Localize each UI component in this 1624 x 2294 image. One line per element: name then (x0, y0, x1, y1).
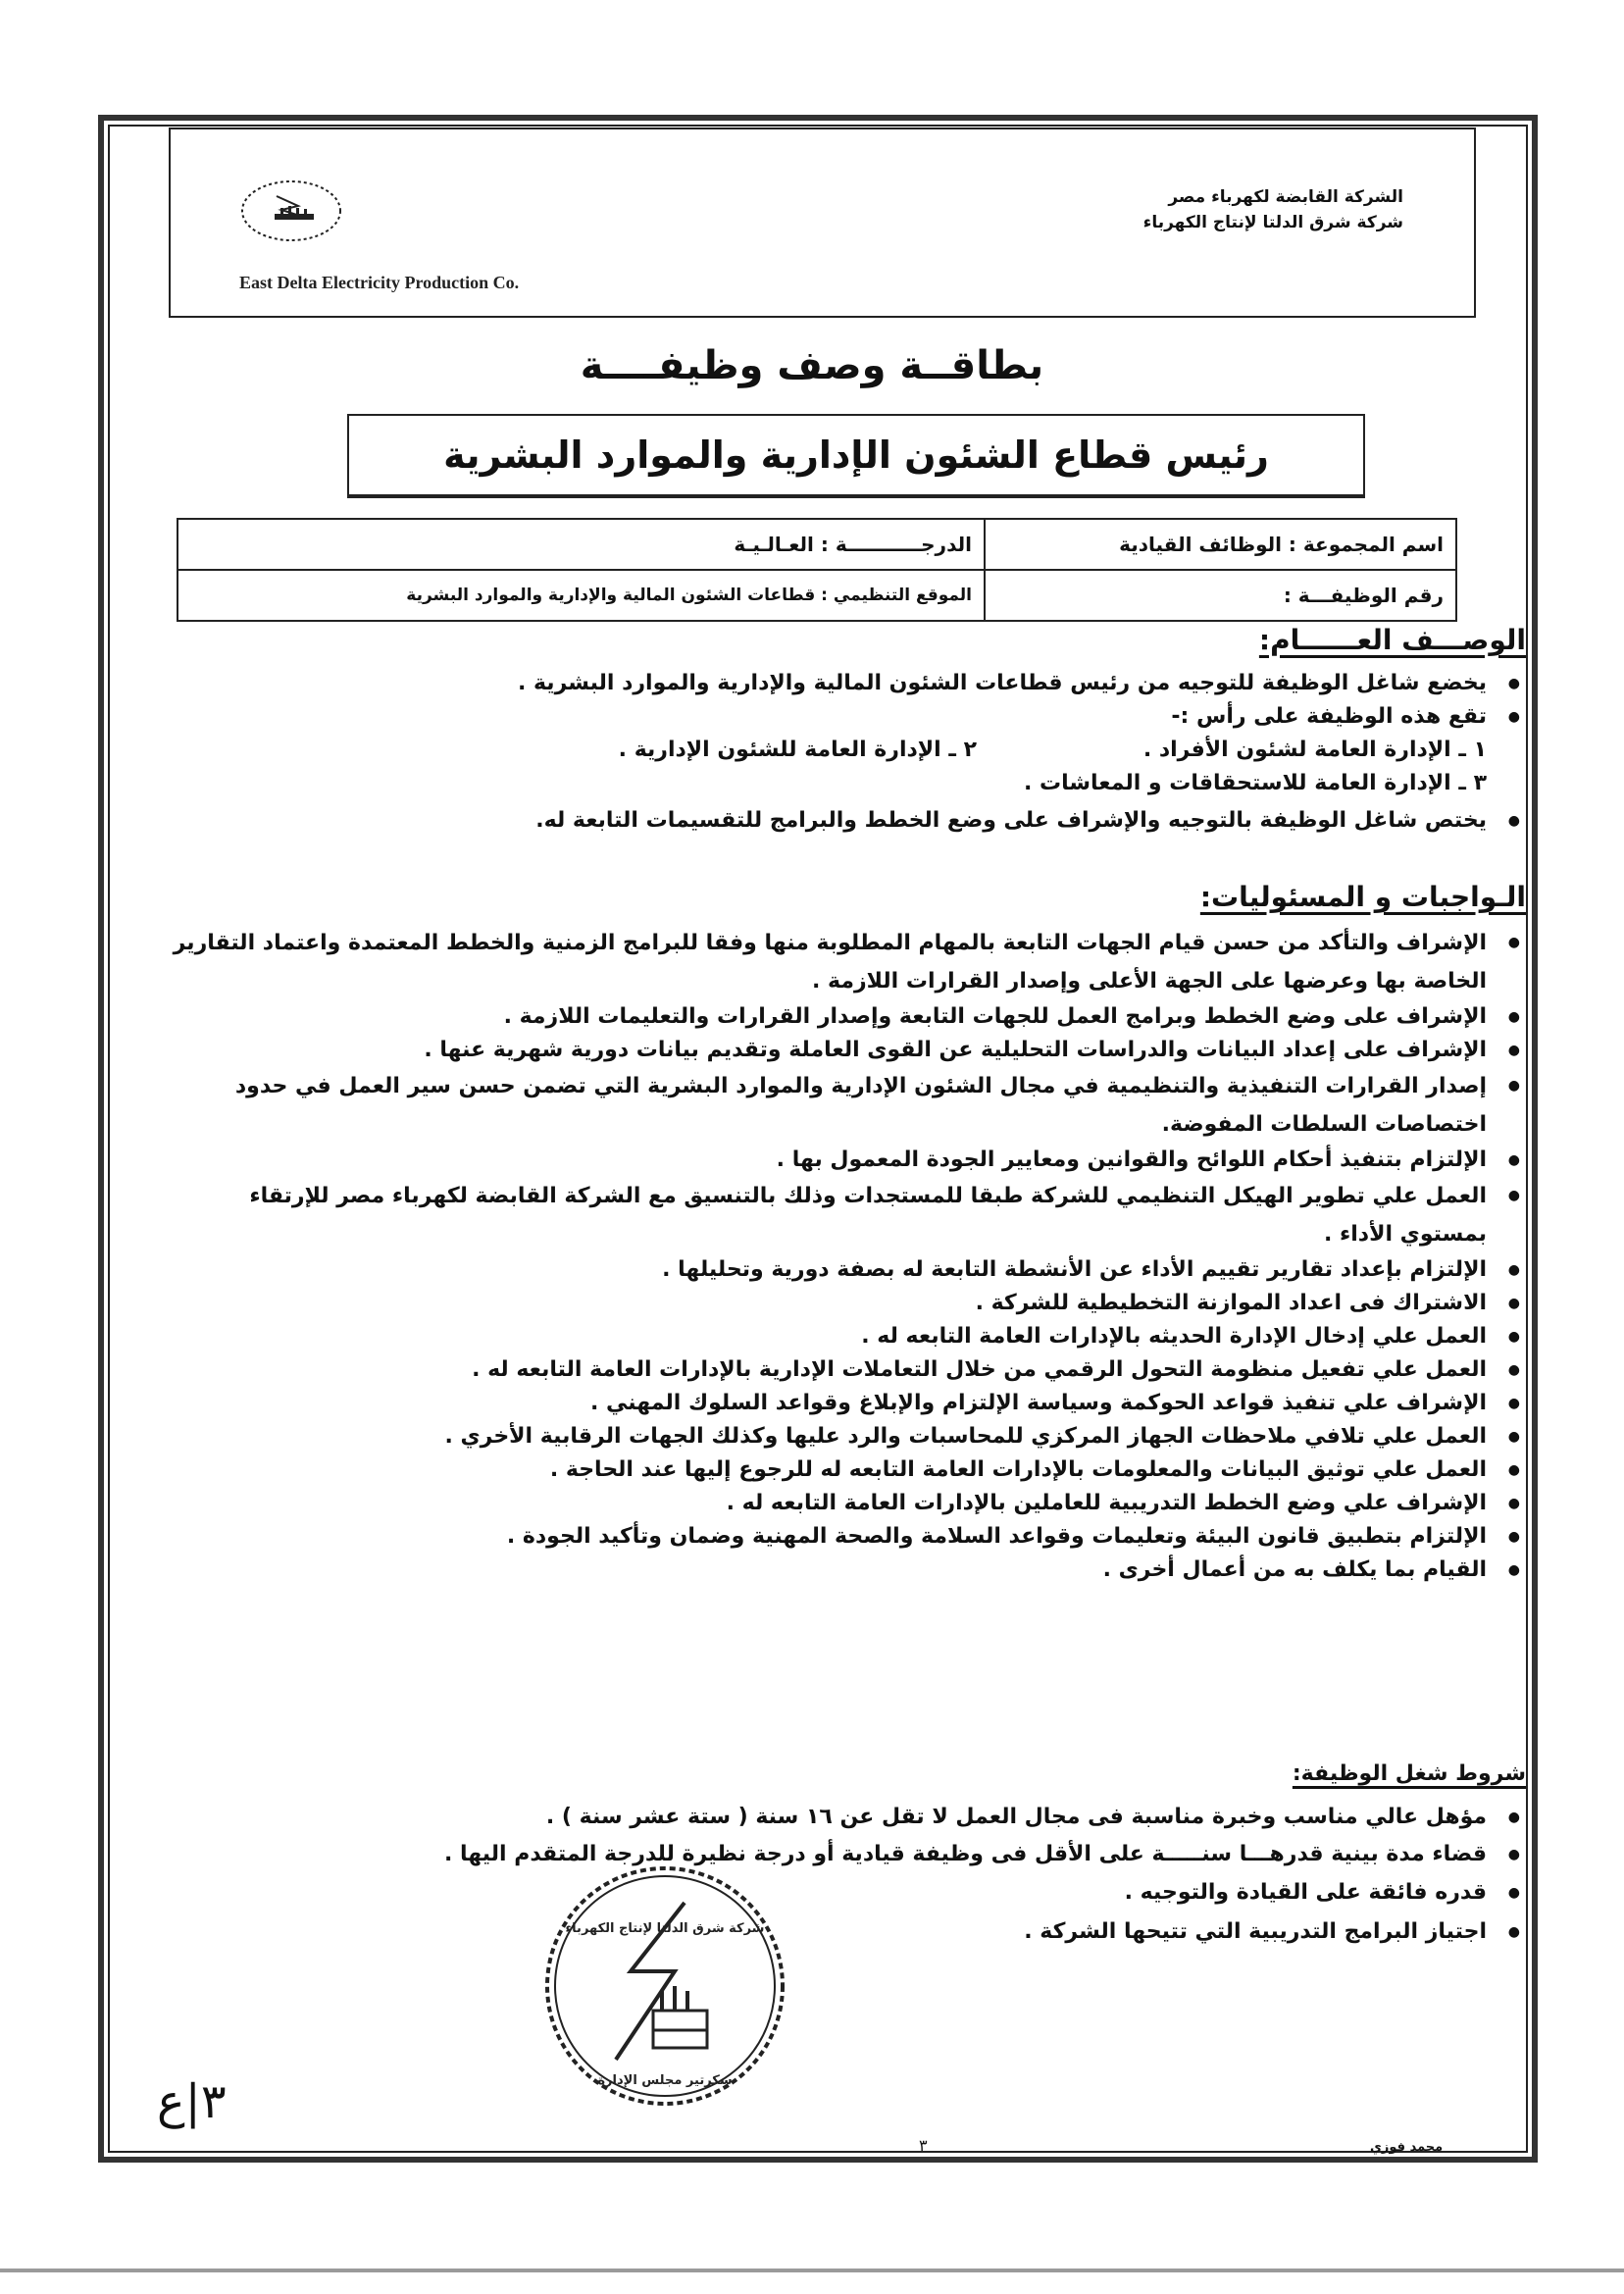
list-item: مؤهل عالي مناسب وخبرة مناسبة فى مجال الع… (173, 1799, 1526, 1836)
list-item: الاشتراك فى اعداد الموازنة التخطيطية للش… (173, 1287, 1526, 1320)
job-title: رئيس قطاع الشئون الإدارية والموارد البشر… (347, 414, 1365, 498)
list-item: تقع هذه الوظيفة على رأس :- (192, 700, 1526, 734)
list-item: الإشراف على وضع الخطط وبرامج العمل للجها… (173, 1000, 1526, 1034)
grade-cell: الدرجـــــــــــة : العـالـيـة (178, 519, 985, 570)
list-item: العمل علي توثيق البيانات والمعلومات بالإ… (173, 1453, 1526, 1487)
list-item: الإشراف والتأكد من حسن قيام الجهات التاب… (173, 924, 1526, 1000)
signature: محمد فوزي (1370, 2140, 1443, 2155)
general-description-section: يخضع شاغل الوظيفة للتوجيه من رئيس قطاعات… (192, 667, 1526, 838)
list-item: اجتياز البرامج التدريبية التي تتيحها الش… (173, 1912, 1526, 1952)
page-number: ٣ (919, 2136, 928, 2155)
scan-edge-line (0, 2269, 1624, 2272)
company-name-english: East Delta Electricity Production Co. (239, 273, 519, 293)
sub-item-2: ٢ ـ الإدارة العامة للشئون الإدارية . (619, 734, 977, 767)
requirements-list: مؤهل عالي مناسب وخبرة مناسبة فى مجال الع… (173, 1799, 1526, 1952)
svg-text:سكرتير مجلس الإدارة: سكرتير مجلس الإدارة (597, 2073, 732, 2088)
duties-heading: الـواجبات و المسئوليات: (1200, 881, 1526, 913)
general-description-list-end: يختص شاغل الوظيفة بالتوجيه والإشراف على … (192, 804, 1526, 838)
handwritten-note: ٣|ع (157, 2074, 227, 2129)
list-item: العمل علي تطوير الهيكل التنظيمي للشركة ط… (173, 1177, 1526, 1253)
general-description-list: يخضع شاغل الوظيفة للتوجيه من رئيس قطاعات… (192, 667, 1526, 734)
list-item: الإشراف علي تنفيذ قواعد الحوكمة وسياسة ا… (173, 1387, 1526, 1420)
company-name: شركة شرق الدلتا لإنتاج الكهرباء (1143, 210, 1403, 235)
general-description-heading: الوصـــف العــــــام: (1259, 624, 1526, 656)
holding-company-name: الشركة القابضة لكهرباء مصر (1143, 184, 1403, 210)
table-row: اسم المجموعة : الوظائف القيادية الدرجـــ… (178, 519, 1456, 570)
list-item: إصدار القرارات التنفيذية والتنظيمية في م… (173, 1067, 1526, 1144)
sub-item-1: ١ ـ الإدارة العامة لشئون الأفراد . (1143, 734, 1487, 767)
job-number-cell: رقم الوظيفـــة : (985, 570, 1456, 621)
duties-list: الإشراف والتأكد من حسن قيام الجهات التاب… (173, 924, 1526, 1587)
list-item: يخضع شاغل الوظيفة للتوجيه من رئيس قطاعات… (192, 667, 1526, 700)
list-item: الإشراف علي وضع الخطط التدريبية للعاملين… (173, 1487, 1526, 1520)
sub-item-3: ٣ ـ الإدارة العامة للاستحقاقات و المعاشا… (192, 767, 1526, 800)
document-title: بطاقــة وصف وظيفــــة (0, 343, 1624, 388)
list-item: الإلتزام بتنفيذ أحكام اللوائح والقوانين … (173, 1144, 1526, 1177)
table-row: رقم الوظيفـــة : الموقع التنظيمي : قطاعا… (178, 570, 1456, 621)
letterhead: الشركة القابضة لكهرباء مصر شركة شرق الدل… (169, 127, 1476, 318)
list-item: العمل علي تفعيل منظومة التحول الرقمي من … (173, 1353, 1526, 1387)
list-item: العمل علي إدخال الإدارة الحديثه بالإدارا… (173, 1320, 1526, 1353)
list-item: العمل علي تلافي ملاحظات الجهاز المركزي ل… (173, 1420, 1526, 1453)
job-info-table: اسم المجموعة : الوظائف القيادية الدرجـــ… (177, 518, 1457, 622)
requirements-heading: شروط شغل الوظيفة: (1293, 1761, 1526, 1786)
list-item: القيام بما يكلف به من أعمال أخرى . (173, 1554, 1526, 1587)
sub-items-row: ١ ـ الإدارة العامة لشئون الأفراد . ٢ ـ ا… (192, 734, 1526, 767)
requirements-section: مؤهل عالي مناسب وخبرة مناسبة فى مجال الع… (173, 1799, 1526, 1952)
list-item: الإشراف على إعداد البيانات والدراسات الت… (173, 1034, 1526, 1067)
list-item: قضاء مدة بينية قدرهـــا سنـــــة على الأ… (173, 1836, 1526, 1873)
org-location-cell: الموقع التنظيمي : قطاعات الشئون المالية … (178, 570, 985, 621)
svg-text:شركة شرق الدلتا لإنتاج الكهربا: شركة شرق الدلتا لإنتاج الكهرباء (566, 1921, 765, 1936)
duties-section: الإشراف والتأكد من حسن قيام الجهات التاب… (173, 924, 1526, 1587)
group-name-cell: اسم المجموعة : الوظائف القيادية (985, 519, 1456, 570)
list-item: الإلتزام بتطبيق قانون البيئة وتعليمات وق… (173, 1520, 1526, 1554)
company-name-arabic: الشركة القابضة لكهرباء مصر شركة شرق الدل… (1143, 184, 1403, 235)
list-item: يختص شاغل الوظيفة بالتوجيه والإشراف على … (192, 804, 1526, 838)
list-item: قدره فائقة على القيادة والتوجيه . (173, 1873, 1526, 1912)
company-logo-icon (237, 177, 345, 245)
list-item: الإلتزام بإعداد تقارير تقييم الأداء عن ا… (173, 1253, 1526, 1287)
official-seal-icon: شركة شرق الدلتا لإنتاج الكهرباء سكرتير م… (537, 1863, 792, 2109)
